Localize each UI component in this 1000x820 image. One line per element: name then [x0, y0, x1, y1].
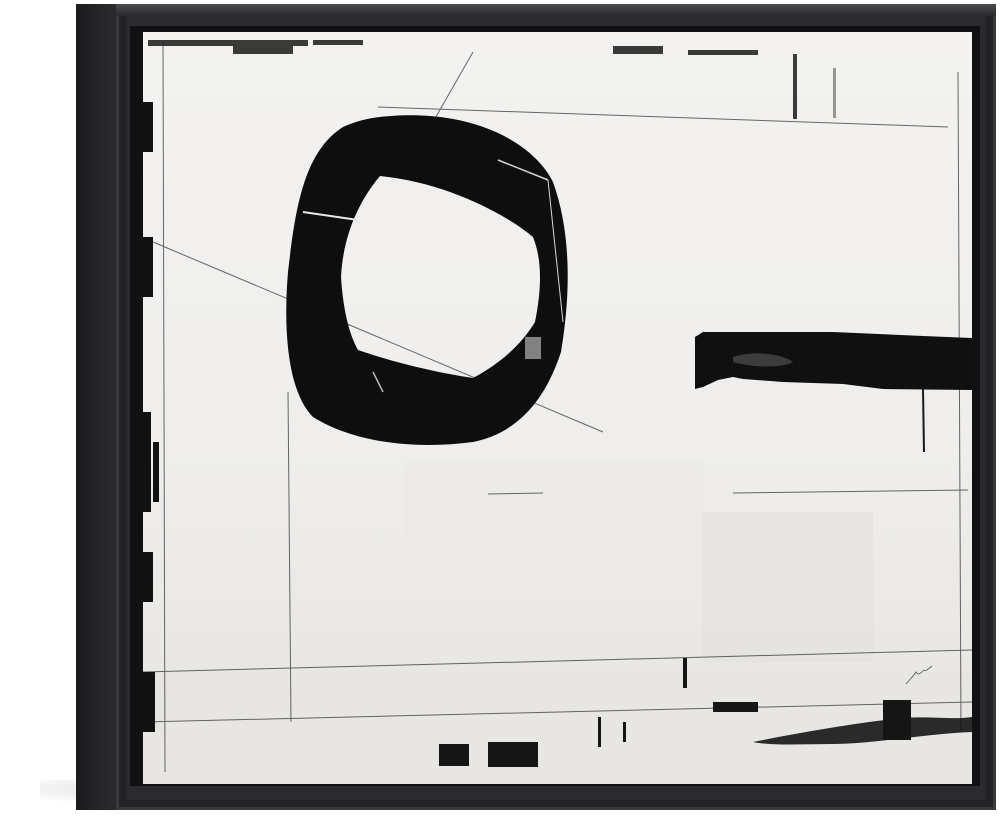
artwork-canvas: [143, 32, 972, 784]
abstract-painting: [143, 32, 972, 784]
ring-stroke: [286, 115, 567, 445]
bar-stroke: [695, 332, 972, 452]
frame-top-bevel: [116, 4, 996, 16]
